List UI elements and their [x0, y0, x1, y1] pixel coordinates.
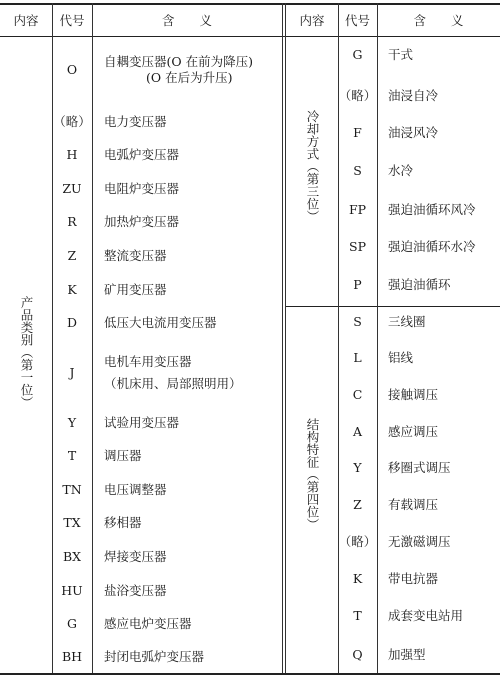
code-cell: D — [52, 315, 92, 331]
code-cell: T — [52, 448, 92, 464]
meaning-line-2: （机床用、局部照明用） — [104, 376, 242, 391]
double-divider-a — [282, 3, 283, 673]
code-cell: O — [52, 62, 92, 78]
meaning-line-1: 电机车用变压器 — [104, 354, 192, 369]
right-group-divider — [286, 306, 500, 307]
group-label-cooling-method: 冷却方式（第三位） — [305, 110, 319, 223]
header-left-code: 代号 — [52, 11, 92, 29]
meaning-cell: 感应电炉变压器 — [104, 616, 192, 632]
code-cell: P — [338, 277, 377, 293]
meaning-cell: 电机车用变压器 （机床用、局部照明用） — [104, 351, 242, 395]
meaning-line-1: 自耦变压器(O 在前为降压) — [104, 54, 253, 69]
meaning-cell: 电阻炉变压器 — [104, 181, 179, 197]
meaning-cell: 移圈式调压 — [388, 460, 451, 476]
code-cell: TN — [52, 482, 92, 498]
col-divider-left-2 — [92, 3, 93, 673]
group-label-product-category: 产品类别（第一位） — [19, 296, 33, 409]
meaning-cell: 接触调压 — [388, 387, 438, 403]
meaning-cell: 电弧炉变压器 — [104, 147, 179, 163]
code-cell: Y — [52, 415, 92, 431]
meaning-cell: 加热炉变压器 — [104, 214, 179, 230]
meaning-cell: 强迫油循环水冷 — [388, 239, 476, 255]
meaning-cell: 调压器 — [104, 448, 142, 464]
code-cell: Z — [338, 497, 377, 513]
code-cell: S — [338, 163, 377, 179]
meaning-cell: 电压调整器 — [104, 482, 167, 498]
code-cell: （略） — [52, 114, 92, 130]
meaning-cell: 矿用变压器 — [104, 282, 167, 298]
meaning-cell: 强迫油循环风冷 — [388, 202, 476, 218]
code-cell: T — [338, 608, 377, 624]
meaning-cell: 移相器 — [104, 515, 142, 531]
code-cell: BX — [52, 549, 92, 565]
group-label-structure: 结构特征（第四位） — [305, 418, 319, 531]
code-cell: K — [52, 282, 92, 298]
code-cell: Z — [52, 248, 92, 264]
header-bottom-border — [0, 36, 500, 37]
meaning-cell: 试验用变压器 — [104, 415, 179, 431]
meaning-cell: 成套变电站用 — [388, 608, 463, 624]
meaning-cell: 三线圈 — [388, 314, 426, 330]
meaning-cell: 带电抗器 — [388, 571, 438, 587]
meaning-cell: 焊接变压器 — [104, 549, 167, 565]
code-cell: BH — [52, 649, 92, 665]
code-cell: ZU — [52, 181, 92, 197]
code-cell: G — [338, 47, 377, 63]
meaning-cell: 油浸自冷 — [388, 88, 438, 104]
meaning-cell: 电力变压器 — [104, 114, 167, 130]
meaning-cell: 干式 — [388, 47, 413, 63]
meaning-cell: 加强型 — [388, 647, 426, 663]
code-cell: （略） — [338, 534, 377, 550]
meaning-cell: 自耦变压器(O 在前为降压) (O 在后为升压) — [104, 54, 253, 86]
col-divider-right-2 — [377, 3, 378, 673]
code-cell: SP — [338, 239, 377, 255]
code-cell: Y — [338, 460, 377, 476]
header-right-meaning: 含 义 — [377, 11, 500, 29]
col-divider-left-1 — [52, 3, 53, 673]
meaning-cell: 有载调压 — [388, 497, 438, 513]
code-cell: S — [338, 314, 377, 330]
code-cell: L — [338, 350, 377, 366]
code-cell: J — [52, 365, 92, 381]
code-cell: F — [338, 125, 377, 141]
header-right-content: 内容 — [286, 11, 338, 29]
code-cell: FP — [338, 202, 377, 218]
meaning-line-2: (O 在后为升压) — [104, 70, 253, 86]
code-cell: Q — [338, 647, 377, 663]
meaning-cell: 盐浴变压器 — [104, 583, 167, 599]
double-divider-b — [285, 3, 286, 673]
meaning-cell: 强迫油循环 — [388, 277, 451, 293]
code-cell: C — [338, 387, 377, 403]
code-cell: K — [338, 571, 377, 587]
header-left-meaning: 含 义 — [92, 11, 282, 29]
meaning-cell: 油浸风冷 — [388, 125, 438, 141]
meaning-cell: 封闭电弧炉变压器 — [104, 649, 204, 665]
table-top-border — [0, 3, 500, 5]
code-cell: A — [338, 424, 377, 440]
header-left-content: 内容 — [0, 11, 52, 29]
meaning-cell: 整流变压器 — [104, 248, 167, 264]
meaning-cell: 感应调压 — [388, 424, 438, 440]
meaning-cell: 无激磁调压 — [388, 534, 451, 550]
meaning-cell: 水冷 — [388, 163, 413, 179]
code-cell: G — [52, 616, 92, 632]
code-cell: R — [52, 214, 92, 230]
meaning-cell: 铝线 — [388, 350, 413, 366]
table-bottom-border — [0, 673, 500, 675]
code-cell: H — [52, 147, 92, 163]
code-cell: TX — [52, 515, 92, 531]
header-right-code: 代号 — [338, 11, 377, 29]
code-cell: （略） — [338, 88, 377, 104]
meaning-cell: 低压大电流用变压器 — [104, 315, 217, 331]
code-cell: HU — [52, 583, 92, 599]
